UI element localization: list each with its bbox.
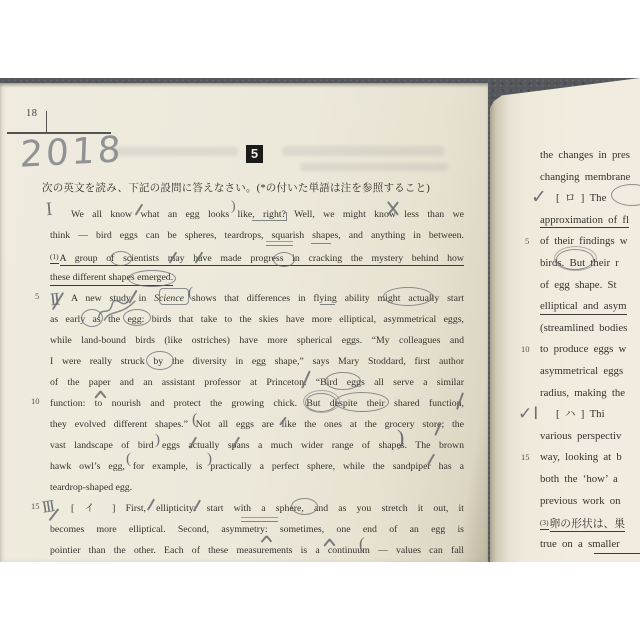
pencil-paragraph-mark: I xyxy=(45,199,53,221)
pencil-caret xyxy=(266,535,272,542)
pencil-slash xyxy=(279,417,286,426)
pencil-circle xyxy=(146,351,174,370)
pencil-box xyxy=(159,288,189,305)
pencil-caret xyxy=(328,539,335,547)
pencil-circle xyxy=(123,309,151,326)
pencil-slash xyxy=(135,204,143,216)
pencil-checkmark: ✓ xyxy=(531,186,547,208)
pencil-paren: ) xyxy=(207,451,212,468)
pencil-slash xyxy=(232,436,240,448)
pencil-underline xyxy=(311,243,331,244)
pencil-circle xyxy=(81,309,103,327)
pencil-slash xyxy=(195,252,203,264)
pencil-circle xyxy=(611,184,640,206)
pencil-caret xyxy=(99,391,106,399)
pencil-underline xyxy=(320,304,335,305)
pencil-paren: ) xyxy=(155,432,160,449)
pencil-underline xyxy=(241,517,278,522)
handwritten-year: 2018 xyxy=(19,129,124,176)
pencil-slash xyxy=(434,422,441,435)
pencil-circle xyxy=(291,498,318,515)
pencil-circle xyxy=(556,249,594,270)
pencil-paren: ( xyxy=(126,451,131,468)
pencil-paren: ) xyxy=(231,199,236,215)
pencil-paren: ( xyxy=(359,534,365,554)
pencil-circle xyxy=(273,252,295,267)
pencil-slash xyxy=(189,436,197,448)
pencil-paren: ) xyxy=(397,425,404,451)
pencil-circle xyxy=(128,270,176,287)
pencil-slash xyxy=(427,453,435,465)
textbook-photo: 18 5 次の英文を読み、下記の設問に答えなさい。(*の付いた単語は注を参照する… xyxy=(0,0,640,640)
pencil-underline-right xyxy=(252,212,287,221)
pencil-slash xyxy=(169,252,177,264)
pencil-underline xyxy=(266,241,293,246)
pencil-circle xyxy=(305,393,337,412)
pencil-circle xyxy=(383,287,433,306)
pencil-circle xyxy=(325,372,361,390)
pencil-paren: ( xyxy=(192,411,197,429)
pencil-circle xyxy=(335,392,389,412)
pencil-paren: ( xyxy=(188,285,193,302)
pencil-layer: 2018 I II III ) ( xyxy=(0,0,640,640)
pencil-slash xyxy=(147,498,155,510)
pencil-slash xyxy=(456,392,464,409)
pencil-circle xyxy=(110,251,132,266)
pencil-slash xyxy=(301,370,310,388)
pencil-checkmark: ✓I xyxy=(518,404,539,424)
pencil-slash xyxy=(193,499,201,511)
